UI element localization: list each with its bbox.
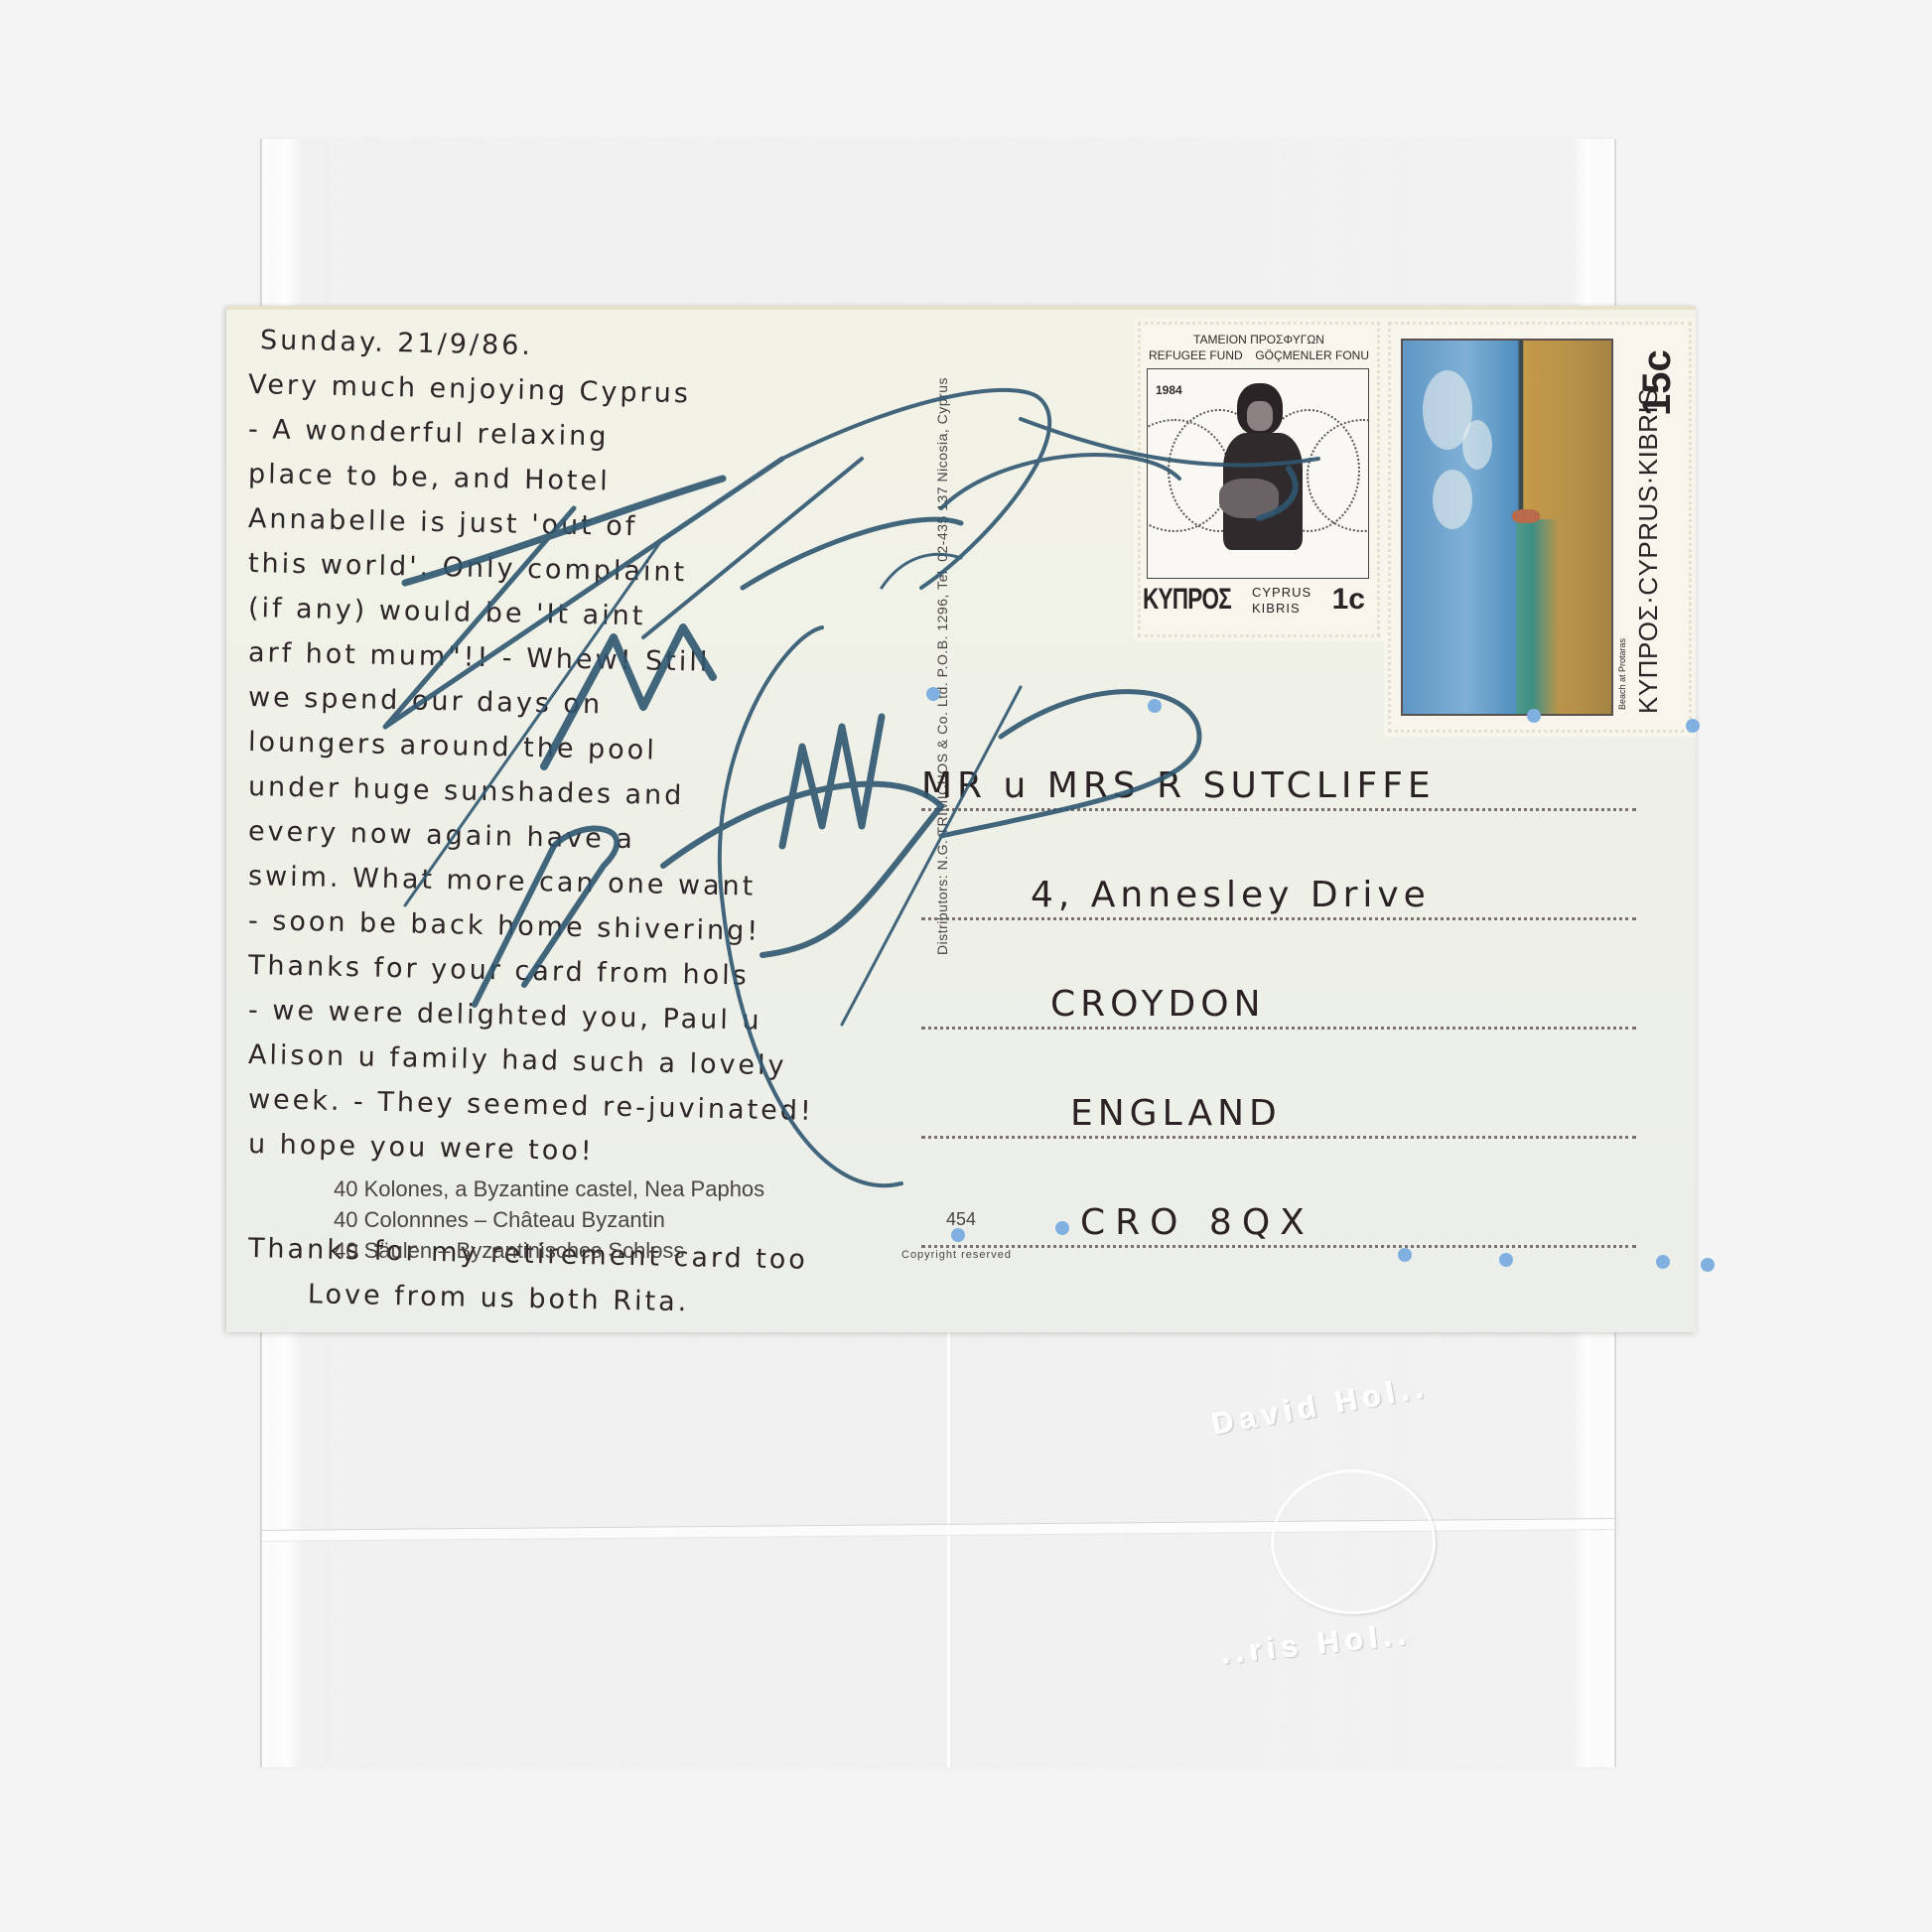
ink-dot [1656,1255,1670,1269]
stamp-artwork: 1984 [1147,368,1369,579]
ink-dot [1701,1258,1715,1272]
stamp-header-english: REFUGEE FUND [1149,348,1243,362]
emboss-ring [1271,1469,1436,1614]
stamp-header-greek: ΤΑΜΕΙΟΝ ΠΡΟΣΦΥΓΩΝ [1141,333,1377,346]
address-town: CROYDON [1050,984,1266,1025]
stamp-country-turkish: KIBRIS [1252,601,1311,617]
address-line: 4, Annesley Drive [921,856,1636,920]
address-name: MR u MRS R SUTCLIFFE [921,765,1436,806]
stamp-header-turkish: GÖÇMENLER FONU [1255,348,1369,362]
embossed-seal: David Hol.. ..ris Hol.. [1181,1370,1499,1708]
caption-french-line: 40 Colonnnes – Château Byzantin [334,1204,764,1235]
copyright-notice: Copyright reserved [901,1249,1012,1261]
ink-dot [1686,719,1700,733]
ink-dot [1527,709,1541,723]
address-line: CRO 8QX [921,1183,1636,1248]
ink-dot [926,687,940,701]
bather-figure-icon [1512,509,1540,523]
address-street: 4, Annesley Drive [1031,875,1431,915]
ink-dot [1398,1248,1412,1262]
child-figure-icon [1219,479,1279,518]
address-postcode: CRO 8QX [1080,1202,1314,1243]
stamp-value: 1c [1332,583,1365,617]
ink-dot [951,1228,965,1242]
ink-dot [1499,1253,1513,1267]
beach-at-protaras-stamp: Beach at Protaras ΚΥΠΡΟΣ·CYPRUS·KIBRIS 1… [1388,322,1692,733]
emboss-text-bottom: ..ris Hol.. [1220,1618,1414,1672]
beach-painting [1401,339,1613,716]
child-figure-icon [1247,401,1273,431]
cloud-icon [1462,420,1492,470]
address-line: MR u MRS R SUTCLIFFE [921,747,1636,811]
refugee-fund-stamp: ΤΑΜΕΙΟΝ ΠΡΟΣΦΥΓΩΝ REFUGEE FUND GÖÇMENLER… [1138,322,1380,637]
caption-greek-line: 40 Kolones, a Byzantine castel, Nea Paph… [334,1173,764,1204]
stamp-value: 15c [1635,349,1680,416]
stamp-header: REFUGEE FUND GÖÇMENLER FONU [1149,348,1369,362]
caption-german-line: 40 Säulen – Byzantinisches Schloss [334,1235,764,1266]
stamp-caption: Beach at Protaras [1617,638,1627,710]
address-line: CROYDON [921,965,1636,1030]
ink-dot [1055,1221,1069,1235]
address-line: ENGLAND [921,1074,1636,1139]
address-country: ENGLAND [1070,1093,1282,1134]
postcard-back: Sunday. 21/9/86. Very much enjoying Cypr… [226,306,1696,1332]
stamp-country-english: CYPRUS [1252,585,1311,601]
stamp-country: ΚΥΠΡΟΣ·CYPRUS·KIBRIS [1633,388,1664,714]
handwritten-message: Sunday. 21/9/86. Very much enjoying Cypr… [248,318,1003,1315]
stamp-year: 1984 [1156,383,1182,397]
stamp-country-english-turkish: CYPRUS KIBRIS [1252,585,1311,617]
emboss-text-top: David Hol.. [1210,1371,1433,1443]
ink-dot [1148,699,1162,713]
printed-caption: 40 Kolones, a Byzantine castel, Nea Paph… [334,1173,764,1266]
stamp-country-greek: ΚΥΠΡΟΣ [1143,583,1231,617]
sea-shore [1403,519,1611,714]
